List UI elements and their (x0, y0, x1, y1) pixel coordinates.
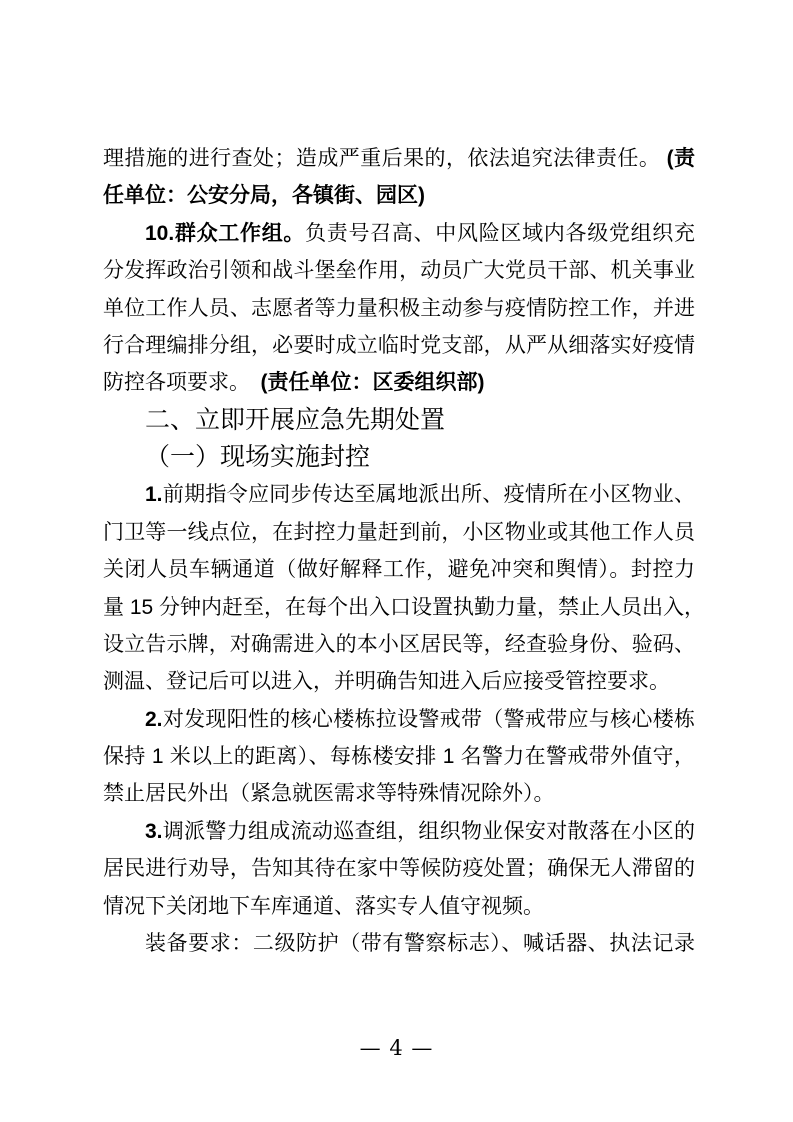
text-segment: 10.群众工作组。 (145, 222, 305, 245)
text-segment: 负责号召高、中风险区域内各级党组织充 (305, 222, 695, 245)
text-line: 分发挥政治引领和战斗堡垒作用，动员广大党员干部、机关事业 (103, 252, 695, 289)
text-line: 3.调派警力组成流动巡查组，组织物业保安对散落在小区的 (103, 813, 695, 850)
text-line: 10.群众工作组。负责号召高、中风险区域内各级党组织充 (103, 215, 695, 252)
text-line: 设立告示牌，对确需进入的本小区居民等，经查验身份、验码、 (103, 626, 695, 663)
text-segment: 1. (145, 483, 163, 506)
text-segment: 关闭人员车辆通道（做好解释工作，避免冲突和舆情）。封控力 (103, 558, 695, 581)
text-segment: 设立告示牌，对确需进入的本小区居民等，经查验身份、验码、 (103, 633, 695, 656)
text-segment: 情况下关闭地下车库通道、落实专人值守视频。 (103, 895, 544, 918)
text-segment: 2. (145, 708, 163, 731)
text-line: 情况下关闭地下车库通道、落实专人值守视频。 (103, 888, 695, 925)
text-segment: 测温、登记后可以进入，并明确告知进入后应接受管控要求。 (103, 670, 670, 693)
text-segment: 保持 1 米以上的距离）、每栋楼安排 1 名警力在警戒带外值守， (103, 745, 695, 768)
text-line: （一）现场实施封控 (103, 439, 695, 476)
text-segment: 装备要求：二级防护（带有警察标志）、喊话器、执法记录 (145, 932, 695, 955)
text-line: 量 15 分钟内赶至，在每个出入口设置执勤力量，禁止人员出入， (103, 589, 695, 626)
text-segment: 居民进行劝导，告知其待在家中等候防疫处置；确保无人滞留的 (103, 857, 695, 880)
text-segment: (责 (660, 147, 695, 170)
document-body: 理措施的进行查处；造成严重后果的，依法追究法律责任。 (责任单位：公安分局，各镇… (103, 140, 695, 962)
text-segment: （一）现场实施封控 (145, 443, 370, 471)
text-line: 单位工作人员、志愿者等力量积极主动参与疫情防控工作，并进 (103, 290, 695, 327)
text-segment: 单位工作人员、志愿者等力量积极主动参与疫情防控工作，并进 (103, 297, 695, 320)
text-segment: 理措施的进行查处；造成严重后果的，依法追究法律责任。 (103, 147, 660, 170)
page-footer: — 4 — (0, 1036, 793, 1060)
text-line: 2.对发现阳性的核心楼栋拉设警戒带（警戒带应与核心楼栋 (103, 701, 695, 738)
text-segment: 对发现阳性的核心楼栋拉设警戒带（警戒带应与核心楼栋 (163, 708, 695, 731)
text-line: 行合理编排分组，必要时成立临时党支部，从严从细落实好疫情 (103, 327, 695, 364)
text-segment: 二、立即开展应急先期处置 (145, 406, 445, 434)
text-segment: 行合理编排分组，必要时成立临时党支部，从严从细落实好疫情 (103, 334, 695, 357)
page-number: — 4 — (360, 1036, 434, 1060)
document-page: 理措施的进行查处；造成严重后果的，依法追究法律责任。 (责任单位：公安分局，各镇… (0, 0, 793, 1122)
text-line: 门卫等一线点位，在封控力量赶到前，小区物业或其他工作人员 (103, 514, 695, 551)
text-segment: 门卫等一线点位，在封控力量赶到前，小区物业或其他工作人员 (103, 521, 695, 544)
text-line: 1.前期指令应同步传达至属地派出所、疫情所在小区物业、 (103, 476, 695, 513)
text-line: 理措施的进行查处；造成严重后果的，依法追究法律责任。 (责 (103, 140, 695, 177)
text-line: 保持 1 米以上的距离）、每栋楼安排 1 名警力在警戒带外值守， (103, 738, 695, 775)
text-line: 任单位：公安分局，各镇街、园区) (103, 177, 695, 214)
text-line: 居民进行劝导，告知其待在家中等候防疫处置；确保无人滞留的 (103, 850, 695, 887)
text-line: 测温、登记后可以进入，并明确告知进入后应接受管控要求。 (103, 663, 695, 700)
text-segment: (责任单位：区委组织部) (240, 371, 485, 394)
text-segment: 禁止居民外出（紧急就医需求等特殊情况除外）。 (103, 782, 555, 805)
text-line: 关闭人员车辆通道（做好解释工作，避免冲突和舆情）。封控力 (103, 551, 695, 588)
text-segment: 任单位：公安分局，各镇街、园区) (103, 184, 425, 207)
text-segment: 调派警力组成流动巡查组，组织物业保安对散落在小区的 (163, 820, 695, 843)
text-segment: 量 15 分钟内赶至，在每个出入口设置执勤力量，禁止人员出入， (103, 596, 705, 619)
text-segment: 防控各项要求。 (103, 371, 240, 394)
text-line: 防控各项要求。 (责任单位：区委组织部) (103, 364, 695, 401)
text-segment: 3. (145, 820, 163, 843)
text-line: 禁止居民外出（紧急就医需求等特殊情况除外）。 (103, 775, 695, 812)
text-segment: 分发挥政治引领和战斗堡垒作用，动员广大党员干部、机关事业 (103, 259, 695, 282)
text-line: 二、立即开展应急先期处置 (103, 402, 695, 439)
text-line: 装备要求：二级防护（带有警察标志）、喊话器、执法记录 (103, 925, 695, 962)
text-segment: 前期指令应同步传达至属地派出所、疫情所在小区物业、 (163, 483, 695, 506)
